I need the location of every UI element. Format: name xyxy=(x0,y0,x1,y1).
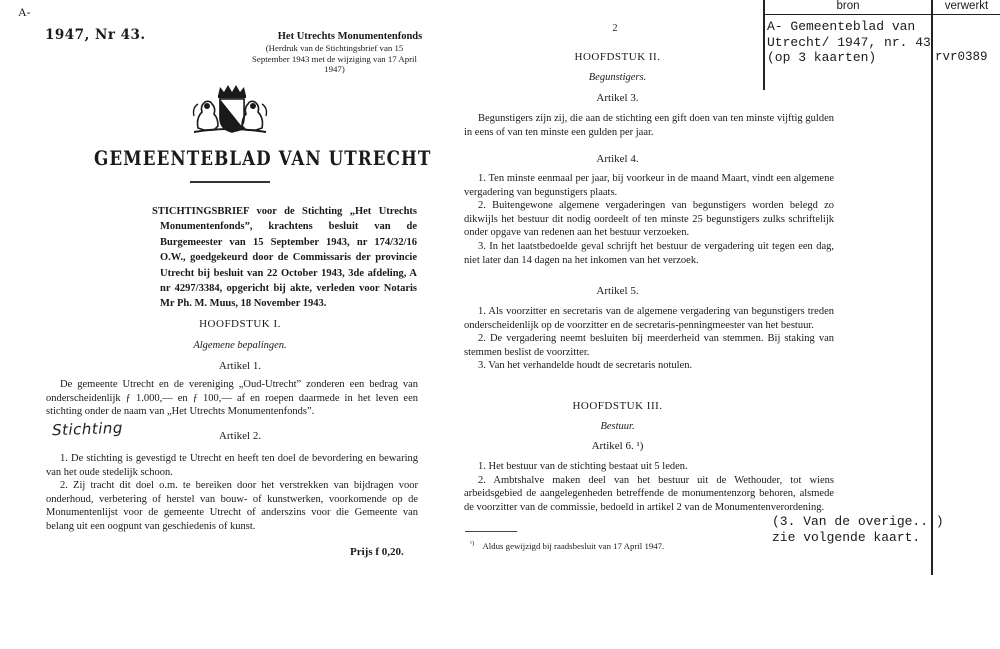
article-1-body: De gemeente Utrecht en de vereniging „Ou… xyxy=(46,378,418,419)
article-3-paragraph: Begunstigers zijn zij, die aan de sticht… xyxy=(464,112,834,139)
title-divider xyxy=(190,181,270,183)
table-border-middle xyxy=(931,0,933,575)
chapter-2-subheading: Begunstigers. xyxy=(560,72,675,83)
article-1-heading: Artikel 1. xyxy=(140,360,340,372)
article-2-paragraph-2: 2. Zij tracht dit doel o.m. te bereiken … xyxy=(46,479,418,533)
chapter-1-heading: HOOFDSTUK I. xyxy=(140,318,340,330)
source-reference: A- Gemeenteblad van Utrecht/ 1947, nr. 4… xyxy=(767,19,931,66)
fund-title: Het Utrechts Monumentenfonds xyxy=(250,31,450,42)
gazette-title: GEMEENTEBLAD VAN UTRECHT xyxy=(94,147,431,170)
footnote: ¹) Aldus gewijzigd bij raadsbesluit van … xyxy=(470,540,664,551)
chapter-3-heading: HOOFDSTUK III. xyxy=(540,400,695,412)
processed-code: rvr0389 xyxy=(935,50,988,64)
article-3-heading: Artikel 3. xyxy=(560,92,675,104)
article-2-heading: Artikel 2. xyxy=(140,430,340,442)
handwritten-annotation: Stichting xyxy=(52,419,123,439)
article-6-paragraph-1: 1. Het bestuur van de stichting bestaat … xyxy=(464,460,834,474)
corner-mark: A- xyxy=(18,5,31,20)
footnote-divider xyxy=(465,531,517,532)
charter-intro-text: STICHTINGSBRIEF voor de Stichting „Het U… xyxy=(152,204,417,312)
article-2-paragraph-1: 1. De stichting is gevestigd te Utrecht … xyxy=(46,452,418,479)
footnote-text: Aldus gewijzigd bij raadsbesluit van 17 … xyxy=(482,541,664,551)
reprint-note: (Herdruk van de Stichtingsbrief van 15 S… xyxy=(252,43,417,75)
article-1-paragraph: De gemeente Utrecht en de vereniging „Ou… xyxy=(46,378,418,419)
table-header-rule xyxy=(763,14,1000,15)
article-5-paragraph-1: 1. Als voorzitter en secretaris van de a… xyxy=(464,305,834,332)
issue-number: 1947, Nr 43. xyxy=(45,27,146,43)
article-4-paragraph-1: 1. Ten minste eenmaal per jaar, bij voor… xyxy=(464,172,834,199)
article-4-heading: Artikel 4. xyxy=(560,153,675,165)
price-label: Prijs f 0,20. xyxy=(350,546,404,558)
chapter-2-heading: HOOFDSTUK II. xyxy=(560,51,675,63)
continuation-note: (3. Van de overige...) zie volgende kaar… xyxy=(772,514,944,545)
article-4-body: 1. Ten minste eenmaal per jaar, bij voor… xyxy=(464,172,834,267)
utrecht-coat-of-arms-icon xyxy=(190,82,270,134)
column-header-bron: bron xyxy=(764,0,932,12)
article-6-body: 1. Het bestuur van de stichting bestaat … xyxy=(464,460,834,514)
article-6-heading: Artikel 6. ¹) xyxy=(540,440,695,452)
charter-intro: STICHTINGSBRIEF voor de Stichting „Het U… xyxy=(152,204,417,312)
page-number: 2 xyxy=(600,23,630,34)
chapter-3-subheading: Bestuur. xyxy=(540,421,695,432)
article-2-body: 1. De stichting is gevestigd te Utrecht … xyxy=(46,452,418,534)
chapter-1-subheading: Algemene bepalingen. xyxy=(140,340,340,351)
article-5-body: 1. Als voorzitter en secretaris van de a… xyxy=(464,305,834,373)
article-4-paragraph-2: 2. Buitengewone algemene vergaderingen v… xyxy=(464,199,834,240)
article-5-paragraph-2: 2. De vergadering neemt besluiten bij me… xyxy=(464,332,834,359)
article-6-paragraph-2: 2. Ambtshalve maken deel van het bestuur… xyxy=(464,474,834,515)
article-3-body: Begunstigers zijn zij, die aan de sticht… xyxy=(464,112,834,139)
footnote-marker: ¹) xyxy=(470,540,474,547)
article-4-paragraph-3: 3. In het laatstbedoelde geval schrijft … xyxy=(464,240,834,267)
article-5-heading: Artikel 5. xyxy=(560,285,675,297)
column-header-verwerkt: verwerkt xyxy=(933,0,1000,12)
article-5-paragraph-3: 3. Van het verhandelde houdt de secretar… xyxy=(464,359,834,373)
